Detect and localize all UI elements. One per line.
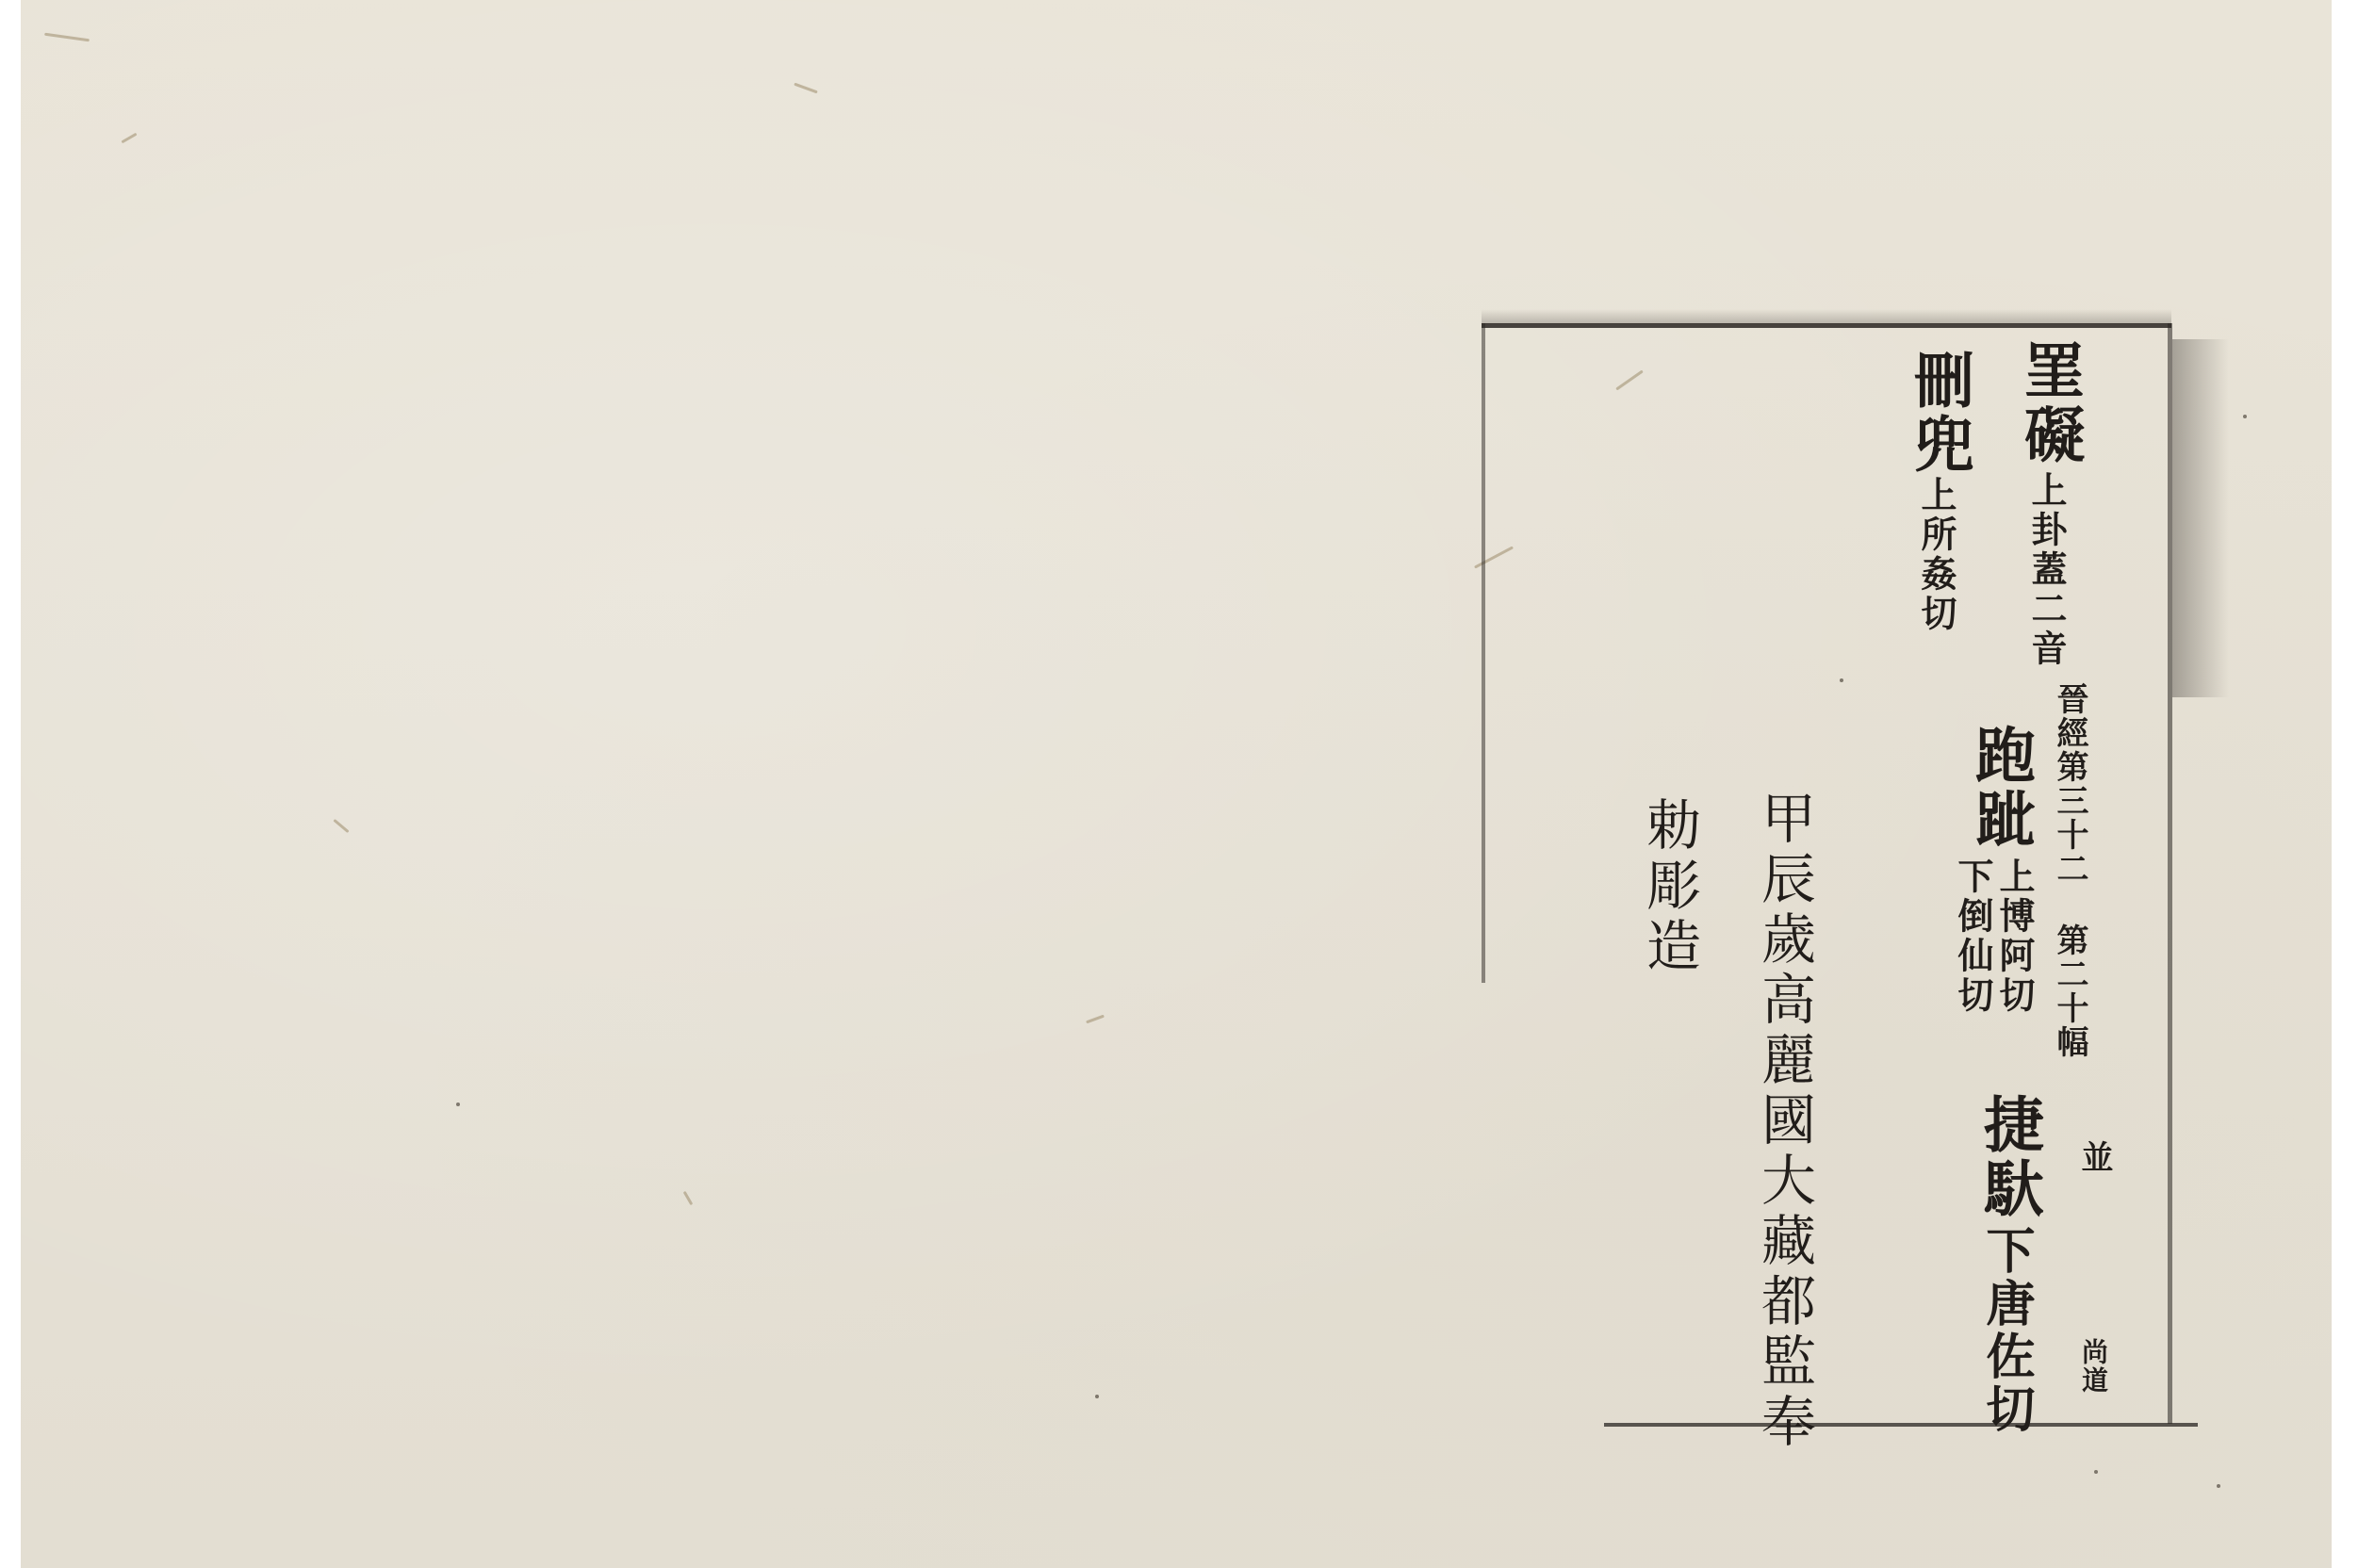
section-label: 晉經第三十二 xyxy=(2054,682,2086,886)
entry-annotation-right: 上博阿切 xyxy=(1996,857,2032,1016)
paper-fiber xyxy=(333,819,349,833)
entry-headword: 刪兜 xyxy=(1908,349,1969,477)
paper-speck xyxy=(2217,1484,2220,1488)
colophon-line-2: 勅彫造 xyxy=(1642,796,1696,977)
frame-border-right xyxy=(2168,323,2172,1424)
paper-fiber xyxy=(683,1191,694,1205)
entry-annotation-left: 下倒仙切 xyxy=(1955,857,1990,1016)
paper-fiber xyxy=(121,133,137,144)
ink-smudge xyxy=(2172,339,2229,697)
paper-fiber xyxy=(44,33,90,42)
marginal-note-upper: 並 xyxy=(2078,1140,2110,1174)
paper-speck xyxy=(2094,1470,2098,1474)
entry-annotation-pair: 上博阿切 下倒仙切 xyxy=(1955,857,2032,1016)
frame-border-top xyxy=(1482,323,2171,328)
paper-fiber xyxy=(1086,1015,1105,1024)
entry-annotation: 下唐佐切 xyxy=(1981,1225,2030,1436)
entry-headword: 捷馱 xyxy=(1978,1093,2039,1221)
paper-speck xyxy=(1840,678,1843,682)
entry-headword: 跑跐 xyxy=(1970,724,2030,852)
entry-headword: 罣礙 xyxy=(2019,339,2079,467)
paper-fiber xyxy=(1615,370,1644,391)
paper-speck xyxy=(2243,415,2247,418)
entry-annotation: 上卦蓋二音 xyxy=(2028,471,2064,669)
paper-speck xyxy=(456,1102,460,1106)
page-label: 第二十幅 xyxy=(2054,923,2086,1059)
paper-speck xyxy=(1095,1395,1099,1398)
entry-annotation: 上所姦切 xyxy=(1918,476,1954,634)
marginal-note-lower: 尚道 xyxy=(2080,1338,2106,1395)
ink-smudge xyxy=(1482,309,2171,324)
paper-page: 罣礙 上卦蓋二音 刪兜 上所姦切 晉經第三十二 第二十幅 跑跐 上博阿切 下倒仙… xyxy=(21,0,2332,1568)
colophon-line-1: 甲辰歲高麗國大藏都監奉 xyxy=(1757,790,1811,1453)
paper-fiber xyxy=(1474,546,1514,568)
frame-border-left xyxy=(1482,323,1485,983)
frame-border-bottom xyxy=(1604,1423,2198,1427)
paper-fiber xyxy=(794,83,817,94)
